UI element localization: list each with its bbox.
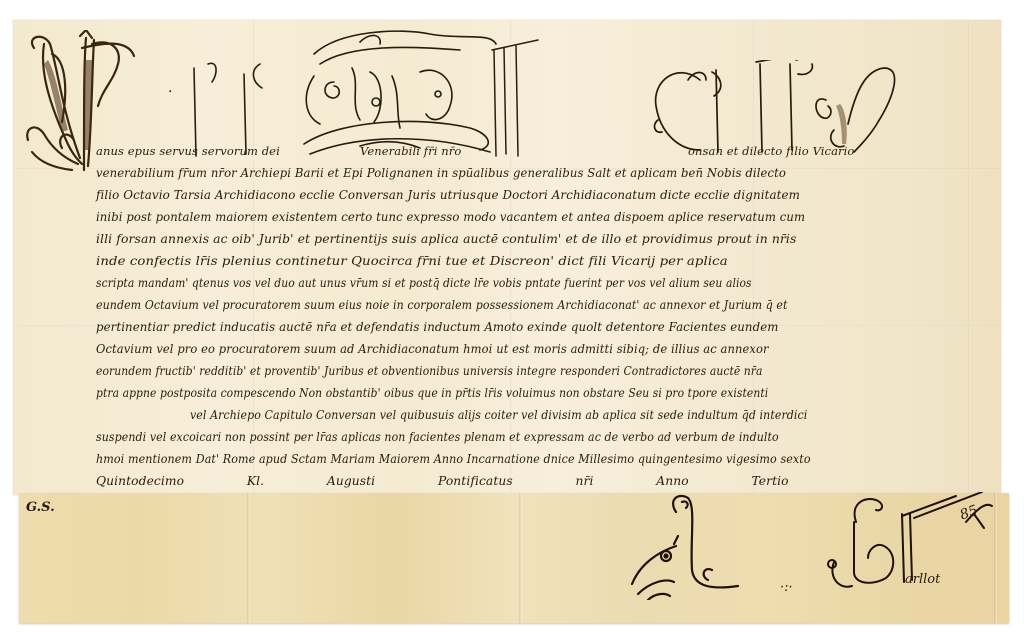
shelfmark: G.S.	[26, 500, 55, 515]
text-line: hmoi mentionem Dat' Rome apud Sctam Mari…	[96, 451, 811, 466]
text-line: illi forsan annexis ac oib' Jurib' et pe…	[96, 231, 796, 246]
address-text-right: onsan et dilecto filio Vicario	[688, 144, 854, 158]
text-line: inde confectis lr̄is plenius continetur …	[96, 253, 728, 268]
fold-crease	[968, 20, 970, 495]
text-line: eundem Octavium vel procuratorem suum ei…	[96, 297, 788, 312]
text-line: pertinentiar predict inducatis auctē nr̄…	[96, 319, 778, 334]
signature-flourish-a-icon	[630, 490, 760, 600]
text-line: eorundem fructib' redditib' et proventib…	[96, 363, 763, 378]
decorated-initial-d-icon	[300, 24, 500, 159]
address-text-left: Venerabili fr̄i nr̄o	[360, 144, 461, 158]
text-line: vel Archiepo Capitulo Conversan vel quib…	[190, 407, 807, 422]
dating-line: Quintodecimo Kl. Augusti Pontificatus nr…	[96, 473, 789, 488]
heading-dot: ·	[168, 84, 173, 100]
text-line: inibi post pontalem maiorem existentem c…	[96, 209, 805, 224]
text-line: filio Octavio Tarsia Archidiacono ecclie…	[96, 187, 800, 202]
plica-crease	[519, 493, 522, 623]
plica-crease	[247, 493, 250, 623]
text-line: suspendi vel excoicari non possint per l…	[96, 429, 779, 444]
decorated-initial-s-icon	[188, 58, 268, 158]
text-line: ptra appne postposita compescendo Non ob…	[96, 385, 768, 400]
text-line: venerabilium fr̄um nr̄or Archiepi Barii …	[96, 165, 786, 180]
decorated-initial-e-icon	[488, 30, 548, 160]
intitulatio-text: anus epus servus servorum dei	[96, 144, 280, 158]
text-line: Octavium vel pro eo procuratorem suum ad…	[96, 341, 769, 356]
text-line: scripta mandam' qtenus vos vel duo aut u…	[96, 275, 752, 290]
signature-name: arllot	[905, 572, 940, 587]
signature-divider: ·:·	[780, 580, 793, 595]
